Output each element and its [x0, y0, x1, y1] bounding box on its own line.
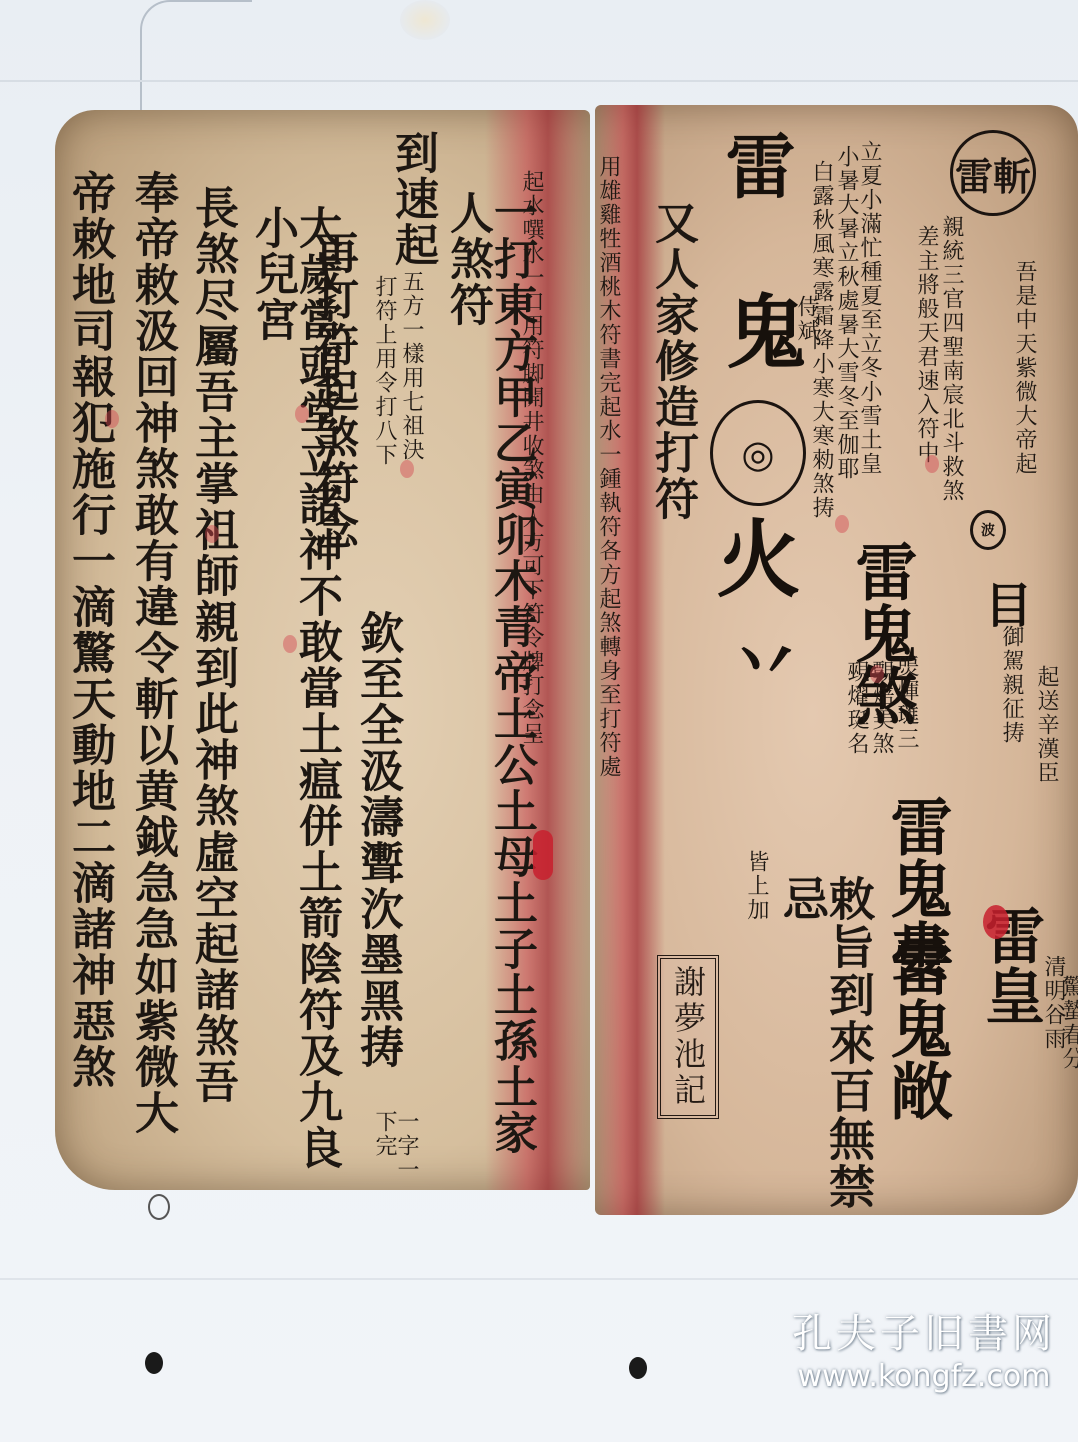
red-seal-dot [925, 455, 939, 473]
text-column: 立夏小滿忙種夏至立冬小雪土皇 [858, 140, 880, 476]
text-column: 吾是中天紫微大帝起 [1013, 260, 1035, 476]
text-column: 打符上用令打八下 [373, 275, 395, 467]
punch-hole [145, 1352, 163, 1374]
left-page: 起水噀水一口用符脚開井收煞由人方可下符令牌打念呈 一打東方甲乙寅卯木青帝土公土母… [55, 110, 590, 1190]
text-column: 驚蟄春分 [1060, 975, 1078, 1071]
text-column: 欽至全汲濤聻㳄墨黑𢭏 [355, 610, 399, 1070]
talisman-glyph: 雷 [720, 130, 790, 200]
text-column: 一打東方甲乙寅卯木青帝土公土母土子土孫土家人煞符 [445, 190, 533, 1190]
talisman-glyph: 鬼 [720, 290, 800, 370]
text-column: 帝敕地司報犯施行一滴驚天動地二滴諸神惡煞 [67, 170, 111, 1090]
text-column: 起送辛漢臣 [1035, 665, 1057, 785]
red-seal-dot [400, 460, 414, 478]
red-seal-dot [295, 405, 309, 423]
red-seal-dot [105, 410, 119, 428]
text-column: 皆上加 [745, 850, 767, 922]
punch-hole [629, 1357, 647, 1379]
red-seal-dot [835, 515, 849, 533]
site-watermark: 孔夫子旧書网 www.kongfz.com [792, 1302, 1056, 1394]
circled-talisman-mark: ◎ [710, 400, 806, 506]
circled-talisman-mark: 雷斬 [950, 130, 1036, 216]
text-column: 太歲當頭堂立諸神不敢當土瘟併土箭陰符及九良小兒宮 [250, 205, 338, 1190]
red-ink-drop [983, 905, 1009, 939]
circled-talisman-mark: 波 [970, 510, 1006, 550]
red-ink-drop [533, 830, 553, 880]
text-column: 奉帝敕汲回神煞敢有違令斬以黄鉞急急如紫微大 [130, 170, 174, 1136]
text-column: 覡燿珽名 [845, 660, 867, 756]
red-seal-dot [283, 635, 297, 653]
red-seal-dot [870, 665, 884, 683]
talisman-glyph: 目 [980, 580, 1028, 628]
text-column: 親統三官四聖南宸北斗救煞 [940, 215, 962, 503]
watermark-url: www.kongfz.com [792, 1359, 1056, 1394]
text-column: 長煞尽屬吾主掌祖師親到此神煞虛空起諸煞吾 [190, 185, 234, 1105]
talisman-glyph: 火 [710, 515, 794, 599]
text-column: 白露秋風寒露霜降小寒大寒勑煞𢭏 [810, 160, 832, 520]
watermark-name: 孔夫子旧書网 [792, 1302, 1056, 1359]
text-column: 一字一下完 [373, 1110, 417, 1190]
text-column: 用雄雞牲酒桃木符書完起水一鍾執符各方起煞轉身至打符處 [597, 155, 619, 779]
text-column: 又人家修造打符 [650, 200, 694, 522]
talisman-glyph: 雷鬼敞 [885, 935, 947, 1121]
text-column: 小暑大暑立秋處暑大雪冬至伽耶 [835, 145, 857, 481]
right-page: 用雄雞牲酒桃木符書完起水一鍾執符各方起煞轉身至打符處 又人家修造打符 雷 鬼 侍… [595, 105, 1078, 1215]
text-column: 煚煇璡三 [895, 655, 917, 751]
loose-thread [140, 0, 252, 112]
collector-seal-stamp: 謝夢池記 [657, 955, 719, 1119]
backdrop-fold [0, 1278, 1078, 1280]
paper-stain [400, 0, 450, 40]
punch-hole [148, 1194, 170, 1220]
text-column: 差主將般天君速入符中 [915, 225, 937, 465]
red-seal-dot [205, 525, 219, 543]
backdrop-fold [0, 80, 1078, 82]
text-column: 御駕親征𢭏 [1000, 625, 1022, 745]
text-column: 敕旨到來百無禁忌 [780, 875, 872, 1215]
text-column: 五方一樣用七祖決 [400, 270, 422, 462]
text-column: 到速起 [390, 130, 434, 268]
